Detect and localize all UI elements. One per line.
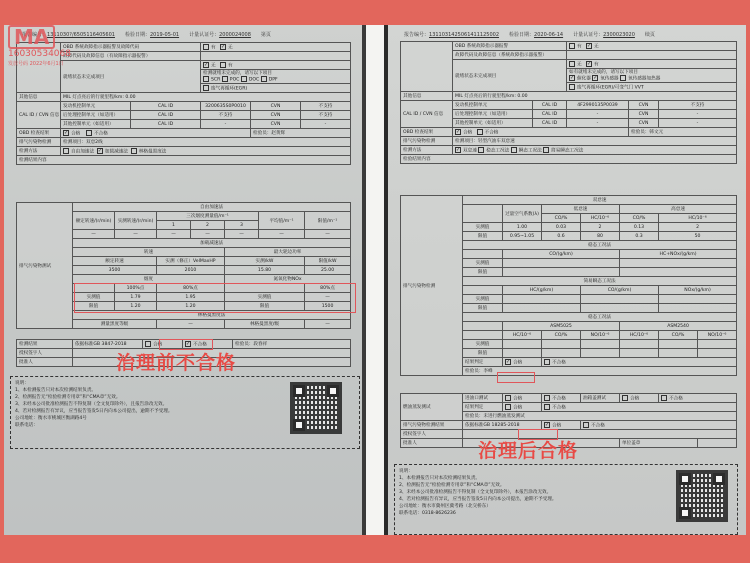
checkbox-icon: [477, 129, 483, 135]
emission-test-table: 排气污染物检测双怠速 过量空气系数(λ)低怠速高怠速 CO/%HC/10⁻⁶CO…: [400, 195, 737, 376]
table-cell: 80: [581, 232, 620, 241]
checkbox-icon: ✓: [63, 130, 69, 136]
checkbox-icon: ✓: [592, 75, 598, 81]
table-cell: 结果判定: [463, 358, 503, 367]
table-cell: MIL 灯点亮后的行驶里程/km: 0.00: [61, 93, 351, 102]
table-cell: OBD 系统故障指示器报警及故障代码: [61, 43, 201, 52]
checkbox-icon: ✓: [586, 61, 592, 67]
table-cell: [503, 340, 542, 349]
table-cell: 有 ✓无: [201, 43, 351, 52]
table-cell: —: [259, 230, 305, 239]
table-cell: 简易瞬态工况法: [463, 277, 737, 286]
checkbox-icon: ✓: [586, 43, 592, 49]
qr-code: [676, 470, 728, 522]
table-cell: 实测值: [463, 259, 503, 268]
table-cell: 批准人: [401, 439, 463, 448]
table-cell: 25.00: [305, 266, 351, 275]
table-cell: 限值/kW: [305, 257, 351, 266]
checkbox-icon: [511, 147, 517, 153]
checkbox-icon: ✓: [455, 129, 461, 135]
table-cell: 发动机控制单元: [453, 101, 533, 110]
table-cell: 不支持: [201, 111, 251, 120]
table-cell: CVN: [251, 120, 301, 129]
table-cell: 结果判定: [463, 403, 503, 412]
checkbox-icon: [622, 395, 628, 401]
table-cell: 检测结果内容: [17, 156, 351, 165]
table-cell: —: [225, 230, 259, 239]
table-cell: 合格: [503, 403, 542, 412]
table-cell: 0.03: [542, 223, 581, 232]
checkbox-icon: [86, 130, 92, 136]
table-cell: 检测方法: [17, 147, 61, 156]
checkbox-icon: [620, 75, 626, 81]
checkbox-icon: [569, 84, 575, 90]
table-cell: [698, 349, 737, 358]
table-cell: [503, 259, 620, 268]
table-cell: 最大轮边功率: [225, 248, 351, 257]
table-cell: 限值: [463, 304, 503, 313]
table-cell: 0.95~1.05: [503, 232, 542, 241]
checkbox-icon: ✓: [544, 422, 550, 428]
table-cell: 转速: [73, 248, 225, 257]
table-cell: [581, 295, 659, 304]
table-cell: 就绪状态未完成项目: [61, 61, 201, 93]
table-cell: —: [73, 230, 115, 239]
checkbox-icon: [569, 61, 575, 67]
table-cell: 稳态工况法: [463, 241, 737, 250]
table-cell: 油箱盖测试: [581, 394, 620, 403]
pass-checkbox-highlight: [497, 372, 535, 383]
table-cell: HC/(g/km): [503, 286, 581, 295]
table-cell: 实测（修正）VelMaxHP: [157, 257, 225, 266]
table-cell: [620, 268, 737, 277]
table-cell: NO/10⁻⁶: [581, 331, 620, 340]
table-cell: 林格曼黑度/级: [225, 320, 305, 329]
checkbox-icon: ✓: [455, 147, 461, 153]
table-cell: 授权签字人: [401, 430, 463, 439]
table-cell: [401, 42, 453, 92]
table-cell: 废气再循环(EGR): [201, 84, 351, 93]
table-cell: ✓双怠速 稳态工况法 瞬态工况法 简易瞬态工况法: [453, 146, 737, 155]
table-cell: 合格: [503, 394, 542, 403]
table-cell: -: [301, 120, 351, 129]
table-cell: 检验员：未进行燃油蒸发测试: [463, 412, 737, 421]
checkbox-icon: ✓: [569, 75, 575, 81]
table-cell: 稳态工况法: [463, 313, 737, 322]
checkbox-icon: [543, 147, 549, 153]
table-cell: 不支持: [301, 111, 351, 120]
table-cell: ✓合格: [503, 358, 542, 367]
table-cell: 自由加速法 ✓加载减速法 林格曼黑度法: [61, 147, 351, 156]
checkbox-icon: [203, 44, 209, 50]
table-cell: 不合格: [542, 394, 581, 403]
table-cell: [503, 268, 620, 277]
checkbox-icon: [505, 404, 511, 410]
table-cell: 故障代码及故障信息（系统故障指示器报警）: [453, 51, 567, 60]
table-cell: CO/%: [659, 331, 698, 340]
table-cell: 不合格: [581, 421, 737, 430]
table-cell: CO/%: [542, 331, 581, 340]
table-cell: [567, 51, 737, 60]
table-cell: 过量空气系数(λ): [503, 205, 542, 223]
checkbox-icon: [63, 148, 69, 154]
table-cell: CAL ID / CVN 信息: [17, 102, 61, 129]
table-cell: OBD 系统故障指示器报警: [453, 42, 567, 51]
checkbox-icon: [220, 62, 226, 68]
table-cell: 限值: [463, 268, 503, 277]
table-cell: MIL 灯点亮后的行驶里程/km: 0.00: [453, 92, 737, 101]
table-cell: 0.13: [620, 223, 659, 232]
table-cell: [620, 349, 659, 358]
checkbox-icon: ✓: [220, 44, 226, 50]
table-cell: NOx/(g/km): [659, 286, 737, 295]
table-cell: 3200635S0P0010: [201, 102, 251, 111]
table-cell: 自由加速法: [73, 203, 351, 212]
table-cell: 就绪状态未完成项目: [453, 60, 567, 92]
checkbox-icon: [203, 85, 209, 91]
checkbox-icon: [145, 341, 151, 347]
table-cell: 0.6: [542, 232, 581, 241]
checkbox-icon: [505, 395, 511, 401]
table-cell: -: [659, 119, 737, 128]
table-cell: -: [659, 110, 737, 119]
table-cell: 额定转速/(r/min): [73, 212, 115, 230]
table-cell: [201, 52, 351, 61]
table-cell: [463, 250, 503, 259]
table-cell: 后处理控制单元（如适用）: [61, 111, 131, 120]
checkbox-icon: [569, 43, 575, 49]
table-cell: HC/10⁻⁶: [503, 331, 542, 340]
table-cell: HC/10⁻⁶: [659, 214, 737, 223]
table-cell: 实测转速/(r/min): [115, 212, 157, 230]
checkbox-icon: [241, 76, 247, 82]
table-cell: CAL ID / CVN 信息: [401, 101, 453, 128]
table-cell: 实测/kW: [225, 257, 305, 266]
table-cell: 2: [659, 223, 737, 232]
table-cell: —: [305, 320, 351, 329]
table-cell: OBD 检查结果: [401, 128, 453, 137]
checkbox-icon: [222, 76, 228, 82]
checkbox-icon: [478, 147, 484, 153]
table-cell: 3: [225, 221, 259, 230]
table-cell: 50: [659, 232, 737, 241]
table-cell: ✓无 有: [201, 61, 351, 70]
table-cell: CO/(g/km): [503, 250, 620, 259]
table-cell: 2010: [157, 266, 225, 275]
table-cell: 实测值: [463, 223, 503, 232]
table-cell: 单位盖章: [620, 439, 698, 448]
table-cell: 授权签字人: [17, 349, 73, 358]
table-cell: [659, 340, 698, 349]
table-cell: 限值: [463, 349, 503, 358]
report-header: 报告编号：1311030?/6505116405601 检验日期：2019-05…: [22, 31, 352, 41]
table-cell: 检测就绪未完成的，请写以下项目SCR POC DOC DPF: [201, 70, 351, 84]
table-cell: 测量黑度等级: [73, 320, 157, 329]
report-before: 报告编号：1311030?/6505116405601 检验日期：2019-05…: [4, 25, 366, 535]
table-cell: CAL ID: [131, 120, 201, 129]
table-cell: CO/%: [542, 214, 581, 223]
table-cell: 2: [581, 223, 620, 232]
table-cell: 检验员：段春祥: [233, 340, 351, 349]
top-frame-bar: [0, 0, 750, 25]
table-cell: 合格: [620, 394, 659, 403]
failed-values-highlight: [74, 283, 356, 313]
checkbox-icon: [544, 395, 550, 401]
table-cell: [581, 304, 659, 313]
table-cell: CVN: [629, 101, 659, 110]
divider: [366, 25, 384, 535]
table-cell: ASM2540: [620, 322, 737, 331]
table-cell: 检测方法: [401, 146, 453, 155]
table-cell: 检测项目：轻型汽油车双怠速: [453, 137, 737, 146]
checkbox-icon: [544, 404, 550, 410]
checkbox-icon: [661, 395, 667, 401]
table-cell: 不支持: [301, 102, 351, 111]
table-cell: 燃油蒸发测试: [401, 394, 463, 421]
table-cell: ✓合格 不合格: [453, 128, 629, 137]
checkbox-icon: [131, 148, 137, 154]
table-cell: 限值: [463, 232, 503, 241]
table-cell: [620, 259, 737, 268]
table-cell: CVN: [629, 119, 659, 128]
table-cell: [698, 439, 737, 448]
obd-table: OBD 系统故障指示器报警及故障代码有 ✓无 故障代码及故障信息（有故障指示器报…: [16, 42, 351, 165]
table-cell: 0.3: [620, 232, 659, 241]
table-cell: [542, 340, 581, 349]
table-cell: ✓合格 不合格: [61, 129, 251, 138]
table-cell: 低怠速: [542, 205, 620, 214]
table-cell: 检测结果: [17, 340, 73, 349]
table-cell: 发动机控制单元: [61, 102, 131, 111]
table-cell: 额定转速: [73, 257, 157, 266]
caption-after: 治理后合格: [478, 436, 578, 463]
table-cell: -: [567, 119, 629, 128]
table-cell: 不支持: [659, 101, 737, 110]
checkbox-icon: ✓: [505, 359, 511, 365]
table-cell: HC/10⁻⁶: [581, 214, 620, 223]
table-cell: 三次烟度测量值/m⁻¹: [157, 212, 259, 221]
table-cell: 实测值: [463, 340, 503, 349]
table-cell: [503, 349, 542, 358]
report-after: 报告编号：1311031425061411125002 检验日期：2020-06…: [384, 25, 746, 535]
table-cell: 15.80: [225, 266, 305, 275]
table-cell: —: [157, 320, 225, 329]
table-cell: [503, 295, 581, 304]
table-cell: 无 ✓有: [567, 60, 737, 69]
report-header: 报告编号：1311031425061411125002 检验日期：2020-06…: [404, 31, 732, 41]
table-cell: 有 ✓无: [567, 42, 737, 51]
checkbox-icon: [583, 422, 589, 428]
table-cell: [659, 349, 698, 358]
table-cell: 排气污染物测试: [17, 203, 73, 329]
table-cell: [698, 340, 737, 349]
comparison-image: 报告编号：1311030?/6505116405601 检验日期：2019-05…: [0, 0, 750, 563]
table-cell: 不合格: [542, 403, 737, 412]
table-cell: 不合格: [659, 394, 737, 403]
table-cell: [620, 340, 659, 349]
table-cell: [463, 205, 503, 223]
table-cell: OBD 检查结果: [17, 129, 61, 138]
table-cell: 其他控制单元（如适用）: [61, 120, 131, 129]
table-cell: CAL ID: [131, 111, 201, 120]
table-cell: 高怠速: [620, 205, 737, 214]
table-cell: 其他信息: [17, 93, 61, 102]
table-cell: [581, 340, 620, 349]
table-cell: 平均值/m⁻¹: [259, 212, 305, 230]
table-cell: 检测项目：双怠2线: [61, 138, 351, 147]
table-cell: —: [115, 230, 157, 239]
qr-code: [290, 382, 342, 434]
table-cell: 加载减速法: [73, 239, 351, 248]
table-cell: HC+NOx/(g/km): [620, 250, 737, 259]
table-cell: —: [191, 230, 225, 239]
table-cell: 限值/m⁻¹: [305, 212, 351, 230]
table-cell: 如有就绪未完成的，请写以下项目✓催化器 ✓氧传感器 氧传感器加热器: [567, 69, 737, 83]
table-cell: ASM5025: [503, 322, 620, 331]
table-cell: 其他信息: [401, 92, 453, 101]
checkbox-icon: ✓: [97, 148, 103, 154]
table-cell: 检验员：韩文元: [629, 128, 737, 137]
table-cell: CAL ID: [533, 110, 567, 119]
table-cell: [463, 286, 503, 295]
table-cell: CVN: [251, 111, 301, 120]
table-cell: -: [201, 120, 251, 129]
table-cell: CAL ID: [533, 119, 567, 128]
checkbox-icon: ✓: [203, 62, 209, 68]
bottom-frame-bar: [0, 535, 750, 563]
caption-before: 治理前不合格: [116, 348, 236, 375]
table-cell: 3500: [73, 266, 157, 275]
table-cell: [581, 349, 620, 358]
table-cell: 废气再循环(EGR)/可变气门 VVT: [567, 83, 737, 92]
table-cell: 1: [157, 221, 191, 230]
table-cell: 排气污染物检测: [17, 138, 61, 147]
table-cell: 排气污染物检测: [401, 137, 453, 146]
table-cell: 排气污染物检测结果: [401, 421, 463, 430]
table-cell: 2: [191, 221, 225, 230]
table-cell: [463, 322, 503, 331]
table-cell: [503, 304, 581, 313]
table-cell: 检验员：赵黄辉: [251, 129, 351, 138]
table-cell: 1.00: [503, 223, 542, 232]
table-cell: [659, 304, 737, 313]
table-cell: [542, 349, 581, 358]
table-cell: 故障代码及故障信息（有故障指示器报警）: [61, 52, 201, 61]
table-cell: 双怠速: [463, 196, 737, 205]
table-cell: 排气污染物检测: [401, 196, 463, 376]
table-cell: 后处理控制单元（如适用）: [453, 110, 533, 119]
checkbox-icon: [261, 76, 267, 82]
table-cell: CAL ID: [131, 102, 201, 111]
table-cell: 批准人: [17, 358, 73, 367]
checkbox-icon: [203, 76, 209, 82]
table-cell: —: [305, 230, 351, 239]
table-cell: HC/10⁻⁶: [620, 331, 659, 340]
table-cell: CO/%: [620, 214, 659, 223]
table-cell: 其他控制单元（如适用）: [453, 119, 533, 128]
obd-table: OBD 系统故障指示器报警有 ✓无 故障代码及故障信息（系统故障指示器报警） 就…: [400, 41, 737, 164]
table-cell: 4F2990135P0039: [567, 101, 629, 110]
table-cell: CAL ID: [533, 101, 567, 110]
table-cell: 检验结果内容: [401, 155, 737, 164]
table-cell: NO/10⁻⁶: [698, 331, 737, 340]
table-cell: [659, 295, 737, 304]
table-cell: 进油口测试: [463, 394, 503, 403]
table-cell: 实测值: [463, 295, 503, 304]
table-cell: 不合格: [542, 358, 737, 367]
checkbox-icon: [544, 359, 550, 365]
table-cell: CVN: [629, 110, 659, 119]
table-cell: CO/(g/km): [581, 286, 659, 295]
table-cell: —: [157, 230, 191, 239]
table-cell: -: [567, 110, 629, 119]
table-cell: CVN: [251, 102, 301, 111]
table-cell: [463, 331, 503, 340]
